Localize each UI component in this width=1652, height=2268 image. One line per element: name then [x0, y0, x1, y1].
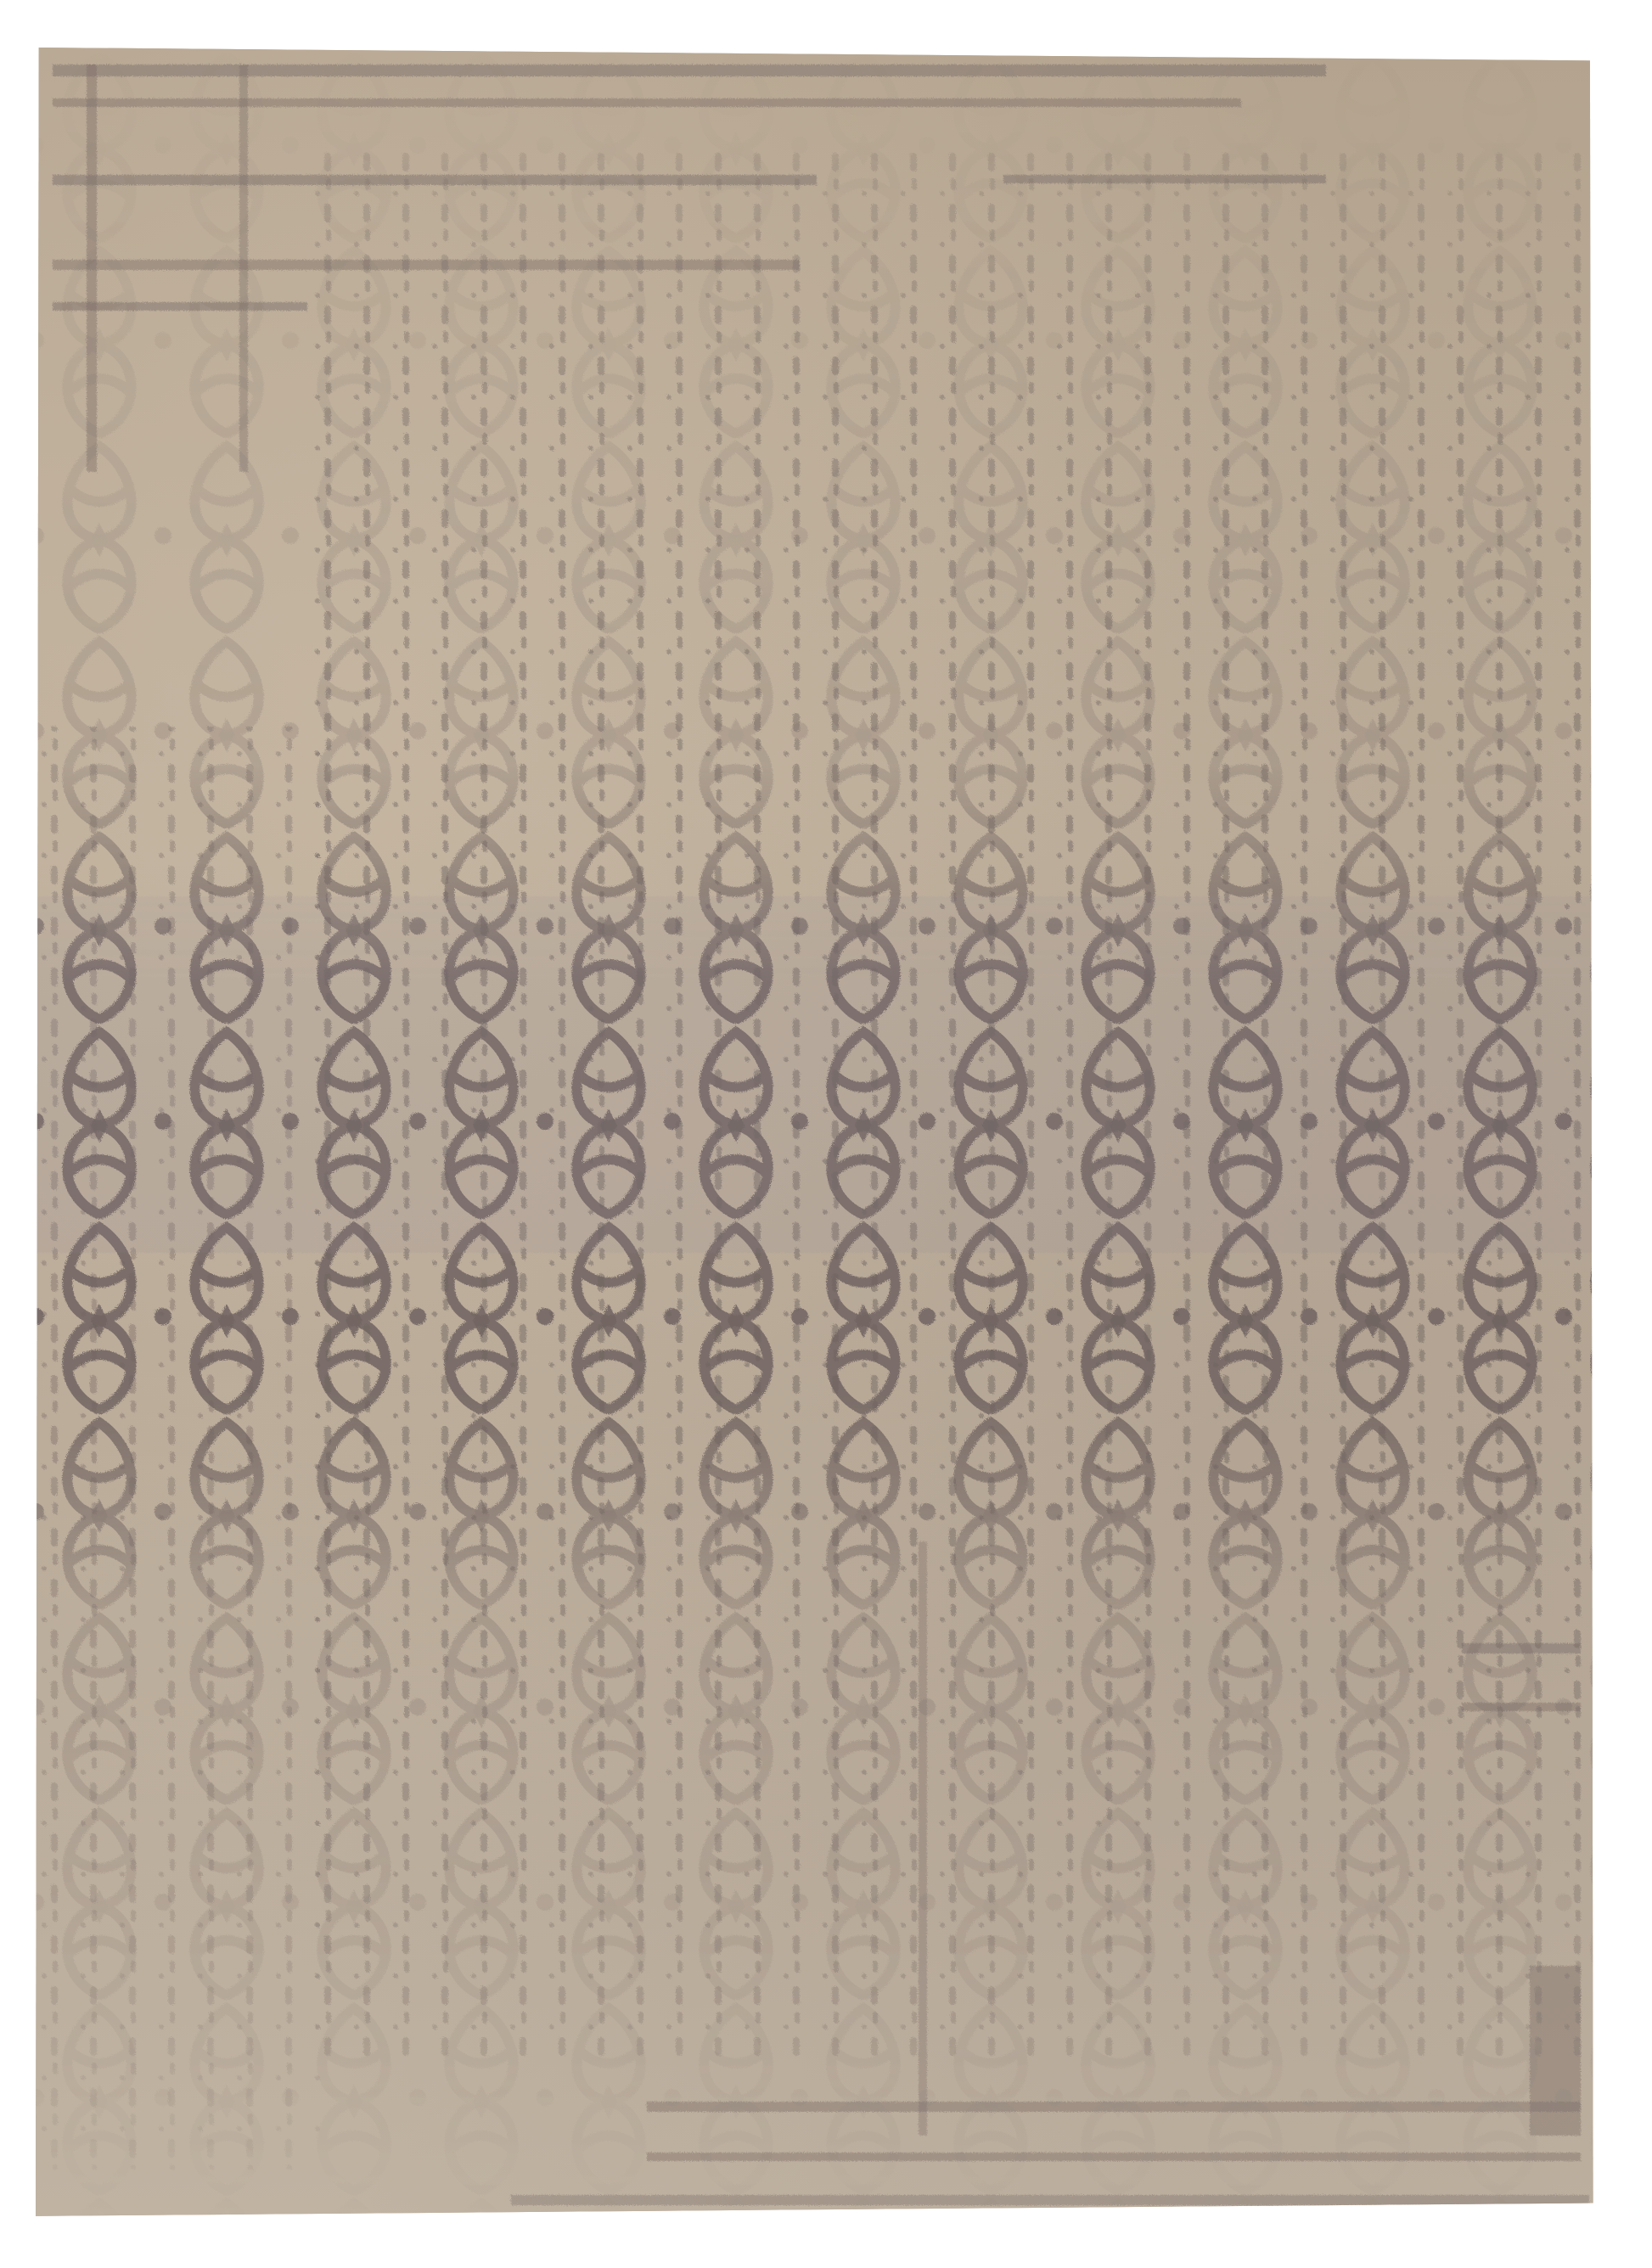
rug-pattern: [36, 48, 1599, 2220]
rug: [36, 48, 1599, 2220]
